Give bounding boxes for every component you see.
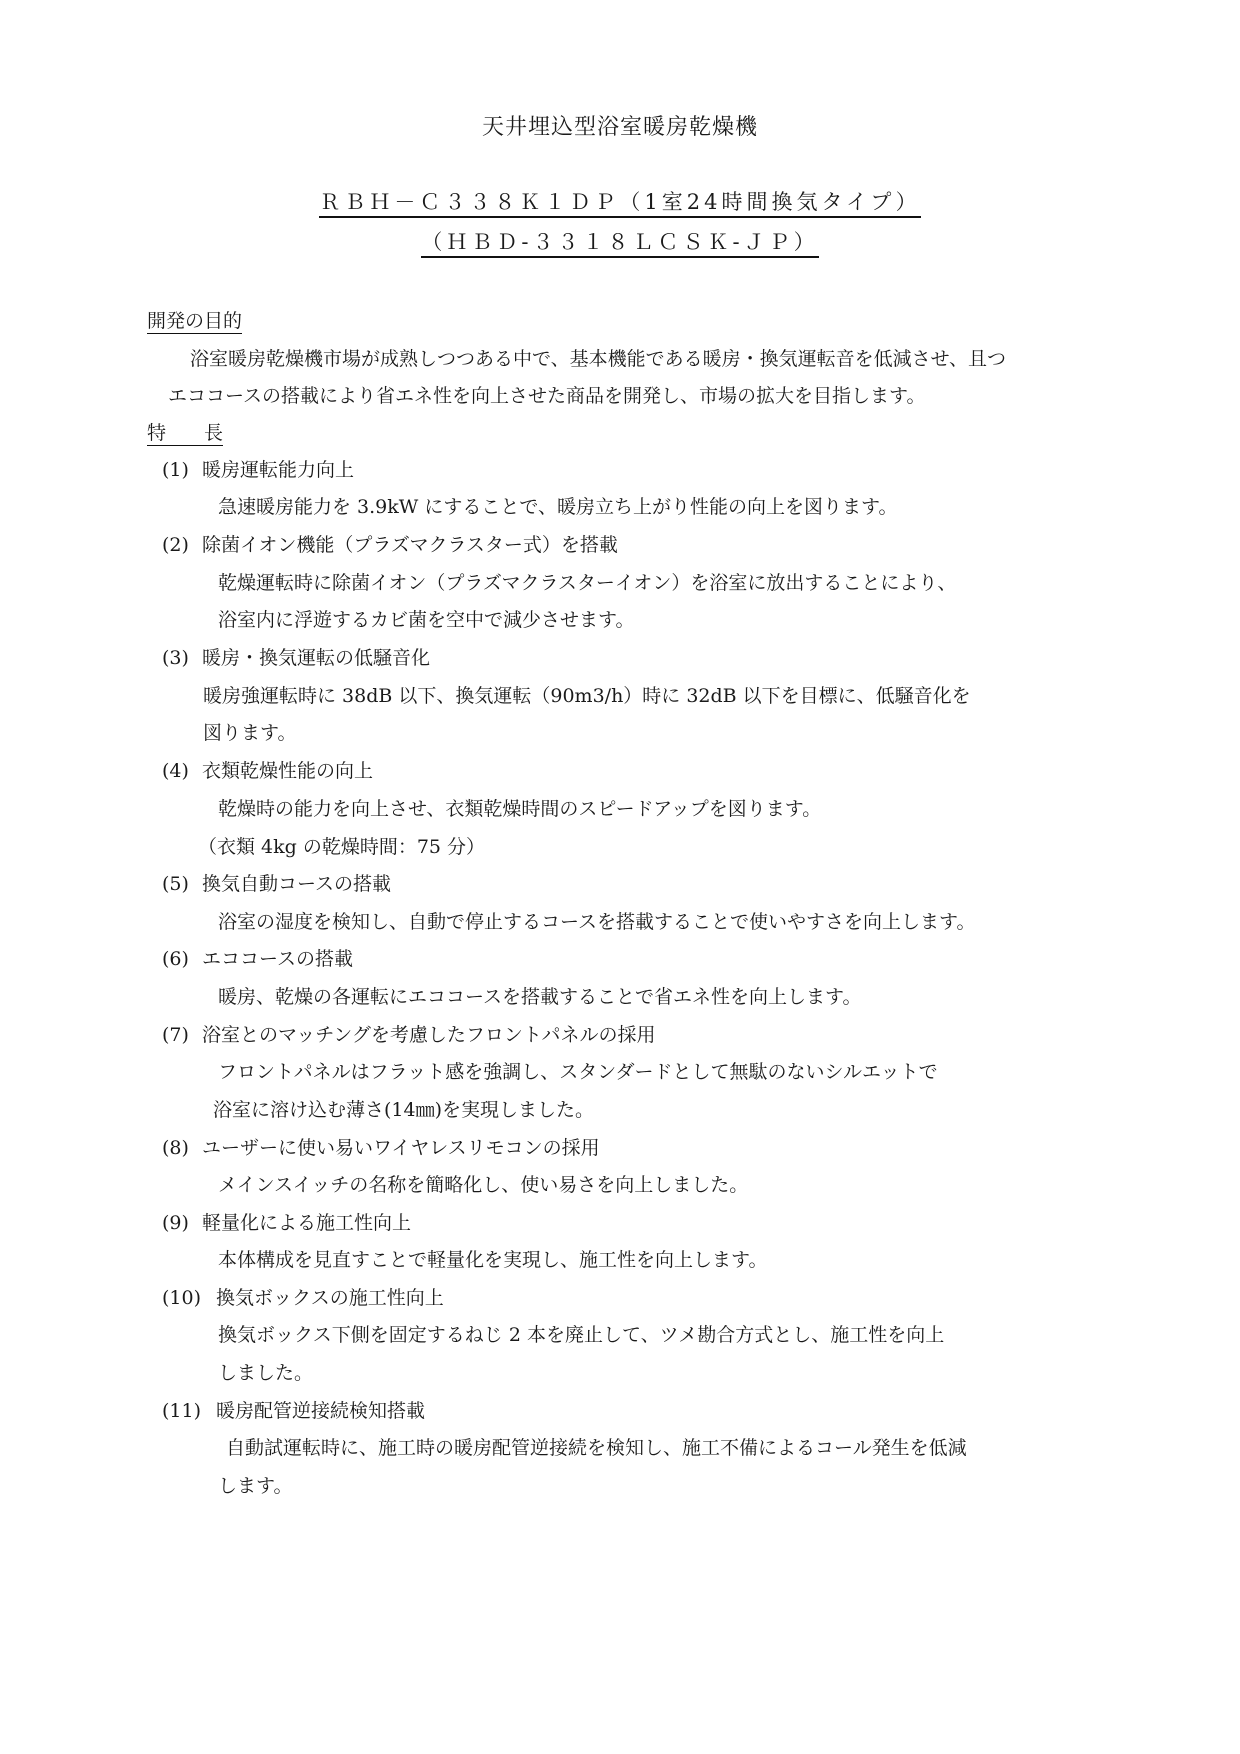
model-number-primary: ＲＢＨ－Ｃ３３８Ｋ１ＤＰ（1室24時間換気タイプ） bbox=[319, 190, 920, 218]
feature-item-5-title: (5)換気自動コースの搭載 bbox=[162, 869, 391, 896]
feature-number: (8) bbox=[162, 1137, 202, 1159]
feature-item-9-title: (9)軽量化による施工性向上 bbox=[162, 1208, 411, 1235]
feature-number: (6) bbox=[162, 948, 202, 970]
feature-title-text: 除菌イオン機能（プラズマクラスター式）を搭載 bbox=[202, 534, 618, 556]
feature-item-4-line-2: （衣類 4kg の乾燥時間：75 分） bbox=[198, 832, 485, 859]
feature-title-text: ユーザーに使い易いワイヤレスリモコンの採用 bbox=[202, 1137, 600, 1159]
model-number-line-1: ＲＢＨ－Ｃ３３８Ｋ１ＤＰ（1室24時間換気タイプ） bbox=[0, 186, 1240, 216]
feature-item-6-title: (6)エココースの搭載 bbox=[162, 944, 353, 971]
feature-number: (9) bbox=[162, 1212, 202, 1234]
feature-number: (5) bbox=[162, 873, 202, 895]
feature-number: (2) bbox=[162, 534, 202, 556]
feature-item-2-line-1: 乾燥運転時に除菌イオン（プラズマクラスターイオン）を浴室に放出することにより、 bbox=[218, 568, 956, 595]
feature-title-text: 暖房・換気運転の低騒音化 bbox=[202, 647, 430, 669]
feature-item-11-title: (11)暖房配管逆接続検知搭載 bbox=[162, 1396, 425, 1423]
feature-item-5-line-1: 浴室の湿度を検知し、自動で停止するコースを搭載することで使いやすさを向上します。 bbox=[218, 907, 976, 934]
model-number-line-2: （ＨＢＤ-３３１８ＬＣＳＫ-ＪＰ） bbox=[0, 226, 1240, 256]
purpose-heading-text: 開発の目的 bbox=[147, 310, 242, 334]
feature-title-text: 暖房配管逆接続検知搭載 bbox=[216, 1400, 425, 1422]
features-heading-text: 特 長 bbox=[147, 422, 223, 446]
feature-item-4-title: (4)衣類乾燥性能の向上 bbox=[162, 756, 373, 783]
feature-item-8-line-1: メインスイッチの名称を簡略化し、使い易さを向上しました。 bbox=[218, 1170, 748, 1197]
feature-title-text: 軽量化による施工性向上 bbox=[202, 1212, 411, 1234]
feature-item-6-line-1: 暖房、乾燥の各運転にエココースを搭載することで省エネ性を向上します。 bbox=[218, 982, 862, 1009]
feature-title-text: 衣類乾燥性能の向上 bbox=[202, 760, 373, 782]
feature-item-10-title: (10)換気ボックスの施工性向上 bbox=[162, 1283, 444, 1310]
feature-item-2-line-2: 浴室内に浮遊するカビ菌を空中で減少させます。 bbox=[218, 605, 634, 632]
model-number-secondary: （ＨＢＤ-３３１８ＬＣＳＫ-ＪＰ） bbox=[421, 230, 818, 258]
feature-title-text: エココースの搭載 bbox=[202, 948, 353, 970]
feature-number: (1) bbox=[162, 459, 202, 481]
feature-item-2-title: (2)除菌イオン機能（プラズマクラスター式）を搭載 bbox=[162, 530, 618, 557]
feature-item-3-line-2: 図ります。 bbox=[203, 718, 296, 745]
feature-item-7-title: (7)浴室とのマッチングを考慮したフロントパネルの採用 bbox=[162, 1020, 656, 1047]
feature-number: (3) bbox=[162, 647, 202, 669]
feature-item-7-line-1: フロントパネルはフラット感を強調し、スタンダードとして無駄のないシルエットで bbox=[218, 1057, 938, 1084]
feature-title-text: 換気自動コースの搭載 bbox=[202, 873, 391, 895]
feature-title-text: 換気ボックスの施工性向上 bbox=[216, 1287, 444, 1309]
feature-item-4-line-1: 乾燥時の能力を向上させ、衣類乾燥時間のスピードアップを図ります。 bbox=[218, 794, 821, 821]
purpose-line-2: エココースの搭載により省エネ性を向上させた商品を開発し、市場の拡大を目指します。 bbox=[168, 381, 926, 408]
feature-item-3-line-1: 暖房強運転時に 38dB 以下、換気運転（90m3/h）時に 32dB 以下を目… bbox=[203, 681, 971, 708]
purpose-line-1: 浴室暖房乾燥機市場が成熟しつつある中で、基本機能である暖房・換気運転音を低減させ… bbox=[190, 344, 1006, 371]
feature-item-1-line-1: 急速暖房能力を 3.9kW にすることで、暖房立ち上がり性能の向上を図ります。 bbox=[218, 492, 897, 519]
document-page: 天井埋込型浴室暖房乾燥機 ＲＢＨ－Ｃ３３８Ｋ１ＤＰ（1室24時間換気タイプ） （… bbox=[0, 0, 1240, 1754]
feature-item-9-line-1: 本体構成を見直すことで軽量化を実現し、施工性を向上します。 bbox=[218, 1245, 767, 1272]
feature-title-text: 浴室とのマッチングを考慮したフロントパネルの採用 bbox=[202, 1024, 656, 1046]
feature-number: (7) bbox=[162, 1024, 202, 1046]
feature-item-11-line-1: 自動試運転時に、施工時の暖房配管逆接続を検知し、施工不備によるコール発生を低減 bbox=[226, 1433, 967, 1460]
feature-number: (4) bbox=[162, 760, 202, 782]
features-heading: 特 長 bbox=[147, 418, 223, 445]
purpose-heading: 開発の目的 bbox=[147, 306, 242, 333]
feature-item-7-line-2: 浴室に溶け込む薄さ(14㎜)を実現しました。 bbox=[213, 1095, 594, 1122]
feature-item-10-line-2: しました。 bbox=[218, 1358, 313, 1385]
feature-item-1-title: (1)暖房運転能力向上 bbox=[162, 455, 354, 482]
feature-item-11-line-2: します。 bbox=[218, 1471, 292, 1498]
feature-number: (10) bbox=[162, 1287, 216, 1309]
feature-item-8-title: (8)ユーザーに使い易いワイヤレスリモコンの採用 bbox=[162, 1133, 600, 1160]
feature-item-10-line-1: 換気ボックス下側を固定するねじ 2 本を廃止して、ツメ勘合方式とし、施工性を向上 bbox=[218, 1320, 944, 1347]
feature-title-text: 暖房運転能力向上 bbox=[202, 459, 354, 481]
feature-item-3-title: (3)暖房・換気運転の低騒音化 bbox=[162, 643, 430, 670]
document-title: 天井埋込型浴室暖房乾燥機 bbox=[0, 110, 1240, 141]
feature-number: (11) bbox=[162, 1400, 216, 1422]
